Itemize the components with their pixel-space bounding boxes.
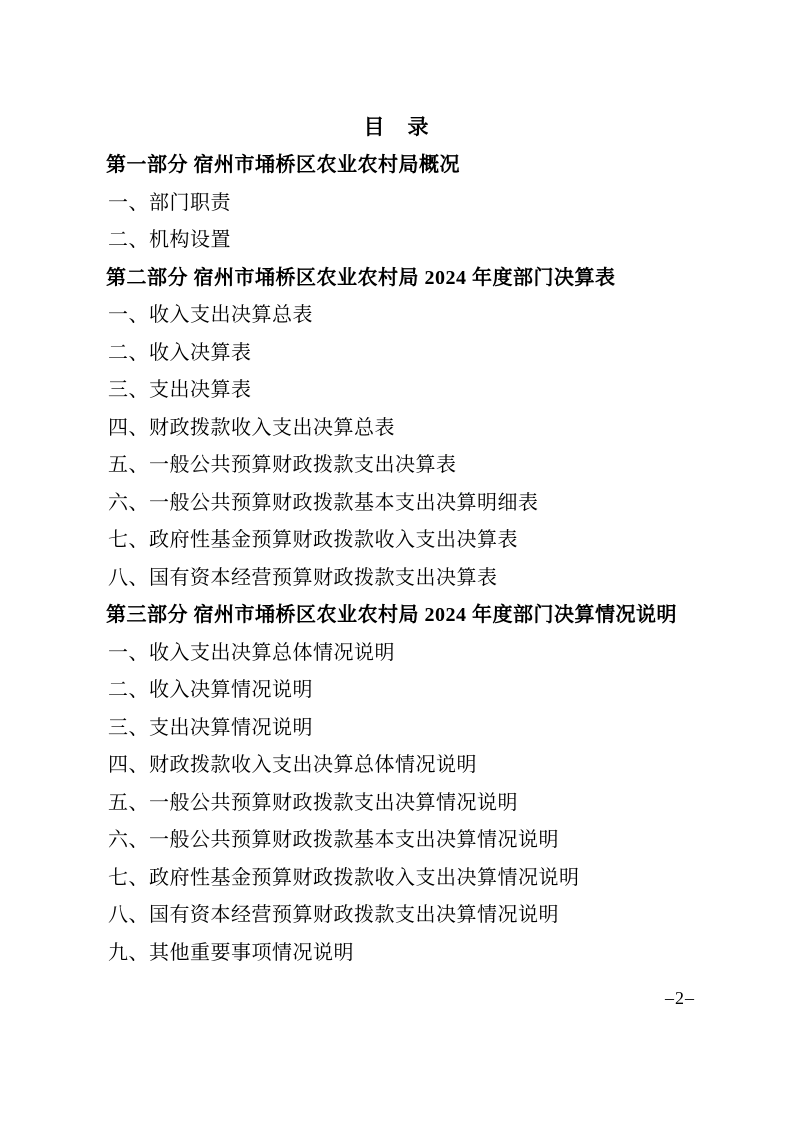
document-page: 目 录 第一部分 宿州市埇桥区农业农村局概况 一、部门职责 二、机构设置 第二部… bbox=[0, 0, 793, 1122]
toc-item: 一、部门职责 bbox=[106, 185, 753, 223]
toc-item: 一、收入支出决算总表 bbox=[106, 297, 753, 335]
toc-item: 八、国有资本经营预算财政拨款支出决算表 bbox=[106, 560, 753, 598]
toc-item: 一、收入支出决算总体情况说明 bbox=[106, 635, 753, 673]
toc-item: 四、财政拨款收入支出决算总表 bbox=[106, 410, 753, 448]
toc-item: 二、收入决算情况说明 bbox=[106, 672, 753, 710]
toc-item: 二、机构设置 bbox=[106, 222, 753, 260]
toc-item: 六、一般公共预算财政拨款基本支出决算明细表 bbox=[106, 485, 753, 523]
toc-item: 六、一般公共预算财政拨款基本支出决算情况说明 bbox=[106, 822, 753, 860]
toc-item: 四、财政拨款收入支出决算总体情况说明 bbox=[106, 747, 753, 785]
toc-section-2-heading: 第二部分 宿州市埇桥区农业农村局 2024 年度部门决算表 bbox=[106, 260, 753, 298]
toc-item: 三、支出决算表 bbox=[106, 372, 753, 410]
toc-item: 二、收入决算表 bbox=[106, 335, 753, 373]
toc-item: 五、一般公共预算财政拨款支出决算表 bbox=[106, 447, 753, 485]
toc-item: 五、一般公共预算财政拨款支出决算情况说明 bbox=[106, 785, 753, 823]
toc-item: 八、国有资本经营预算财政拨款支出决算情况说明 bbox=[106, 897, 753, 935]
toc-item: 九、其他重要事项情况说明 bbox=[106, 935, 753, 973]
toc-title: 目 录 bbox=[0, 108, 793, 147]
toc-list: 第一部分 宿州市埇桥区农业农村局概况 一、部门职责 二、机构设置 第二部分 宿州… bbox=[106, 147, 753, 972]
toc-item: 三、支出决算情况说明 bbox=[106, 710, 753, 748]
page-number: –2– bbox=[665, 987, 695, 1009]
toc-item: 七、政府性基金预算财政拨款收入支出决算情况说明 bbox=[106, 860, 753, 898]
toc-section-3-heading: 第三部分 宿州市埇桥区农业农村局 2024 年度部门决算情况说明 bbox=[106, 597, 753, 635]
toc-item: 七、政府性基金预算财政拨款收入支出决算表 bbox=[106, 522, 753, 560]
toc-section-1-heading: 第一部分 宿州市埇桥区农业农村局概况 bbox=[106, 147, 753, 185]
